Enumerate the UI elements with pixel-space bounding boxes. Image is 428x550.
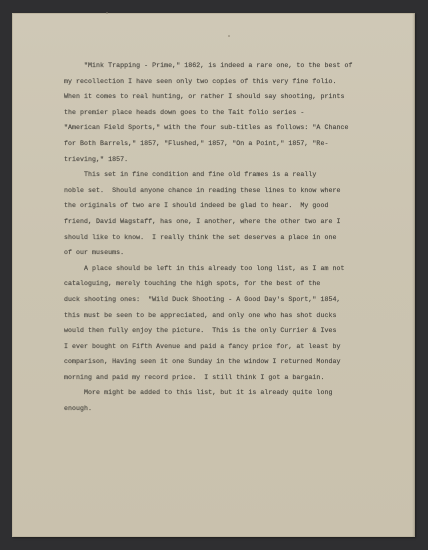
text-line: cataloguing, merely touching the high sp…	[64, 276, 404, 292]
paragraph-1: "Mink Trapping - Prime," 1862, is indeed…	[64, 58, 404, 167]
text-line: would then fully enjoy the picture. This…	[64, 323, 404, 339]
text-line: This set in fine condition and fine old …	[64, 167, 404, 183]
text-line: I ever bought on Fifth Avenue and paid a…	[64, 339, 404, 355]
paper-speck	[106, 12, 108, 14]
paragraph-4: More might be added to this list, but it…	[64, 385, 404, 416]
paragraph-3: A place should be left in this already t…	[64, 261, 404, 386]
typewritten-text: "Mink Trapping - Prime," 1862, is indeed…	[64, 58, 404, 417]
text-line: of our museums.	[64, 245, 404, 261]
text-line: "American Field Sports," with the four s…	[64, 120, 404, 136]
document-page: "Mink Trapping - Prime," 1862, is indeed…	[12, 13, 415, 537]
text-line: "Mink Trapping - Prime," 1862, is indeed…	[64, 58, 404, 74]
text-line: should like to know. I really think the …	[64, 230, 404, 246]
text-line: morning and paid my record price. I stil…	[64, 370, 404, 386]
text-line: When it comes to real hunting, or rather…	[64, 89, 404, 105]
text-line: the originals of two are I should indeed…	[64, 198, 404, 214]
text-line: More might be added to this list, but it…	[64, 385, 404, 401]
text-line: comparison, Having seen it one Sunday in…	[64, 354, 404, 370]
text-line: trieving," 1857.	[64, 152, 404, 168]
text-line: noble set. Should anyone chance in readi…	[64, 183, 404, 199]
text-line: my recollection I have seen only two cop…	[64, 74, 404, 90]
text-line: this must be seen to be appreciated, and…	[64, 308, 404, 324]
text-line: for Both Barrels," 1857, "Flushed," 1857…	[64, 136, 404, 152]
paragraph-2: This set in fine condition and fine old …	[64, 167, 404, 261]
paper-speck	[228, 35, 230, 37]
text-line: duck shooting ones: "Wild Duck Shooting …	[64, 292, 404, 308]
text-line: A place should be left in this already t…	[64, 261, 404, 277]
document-viewer: "Mink Trapping - Prime," 1862, is indeed…	[0, 0, 428, 550]
text-line: friend, David Wagstaff, has one, I anoth…	[64, 214, 404, 230]
text-line: the premier place heads down goes to the…	[64, 105, 404, 121]
text-line: enough.	[64, 401, 404, 417]
